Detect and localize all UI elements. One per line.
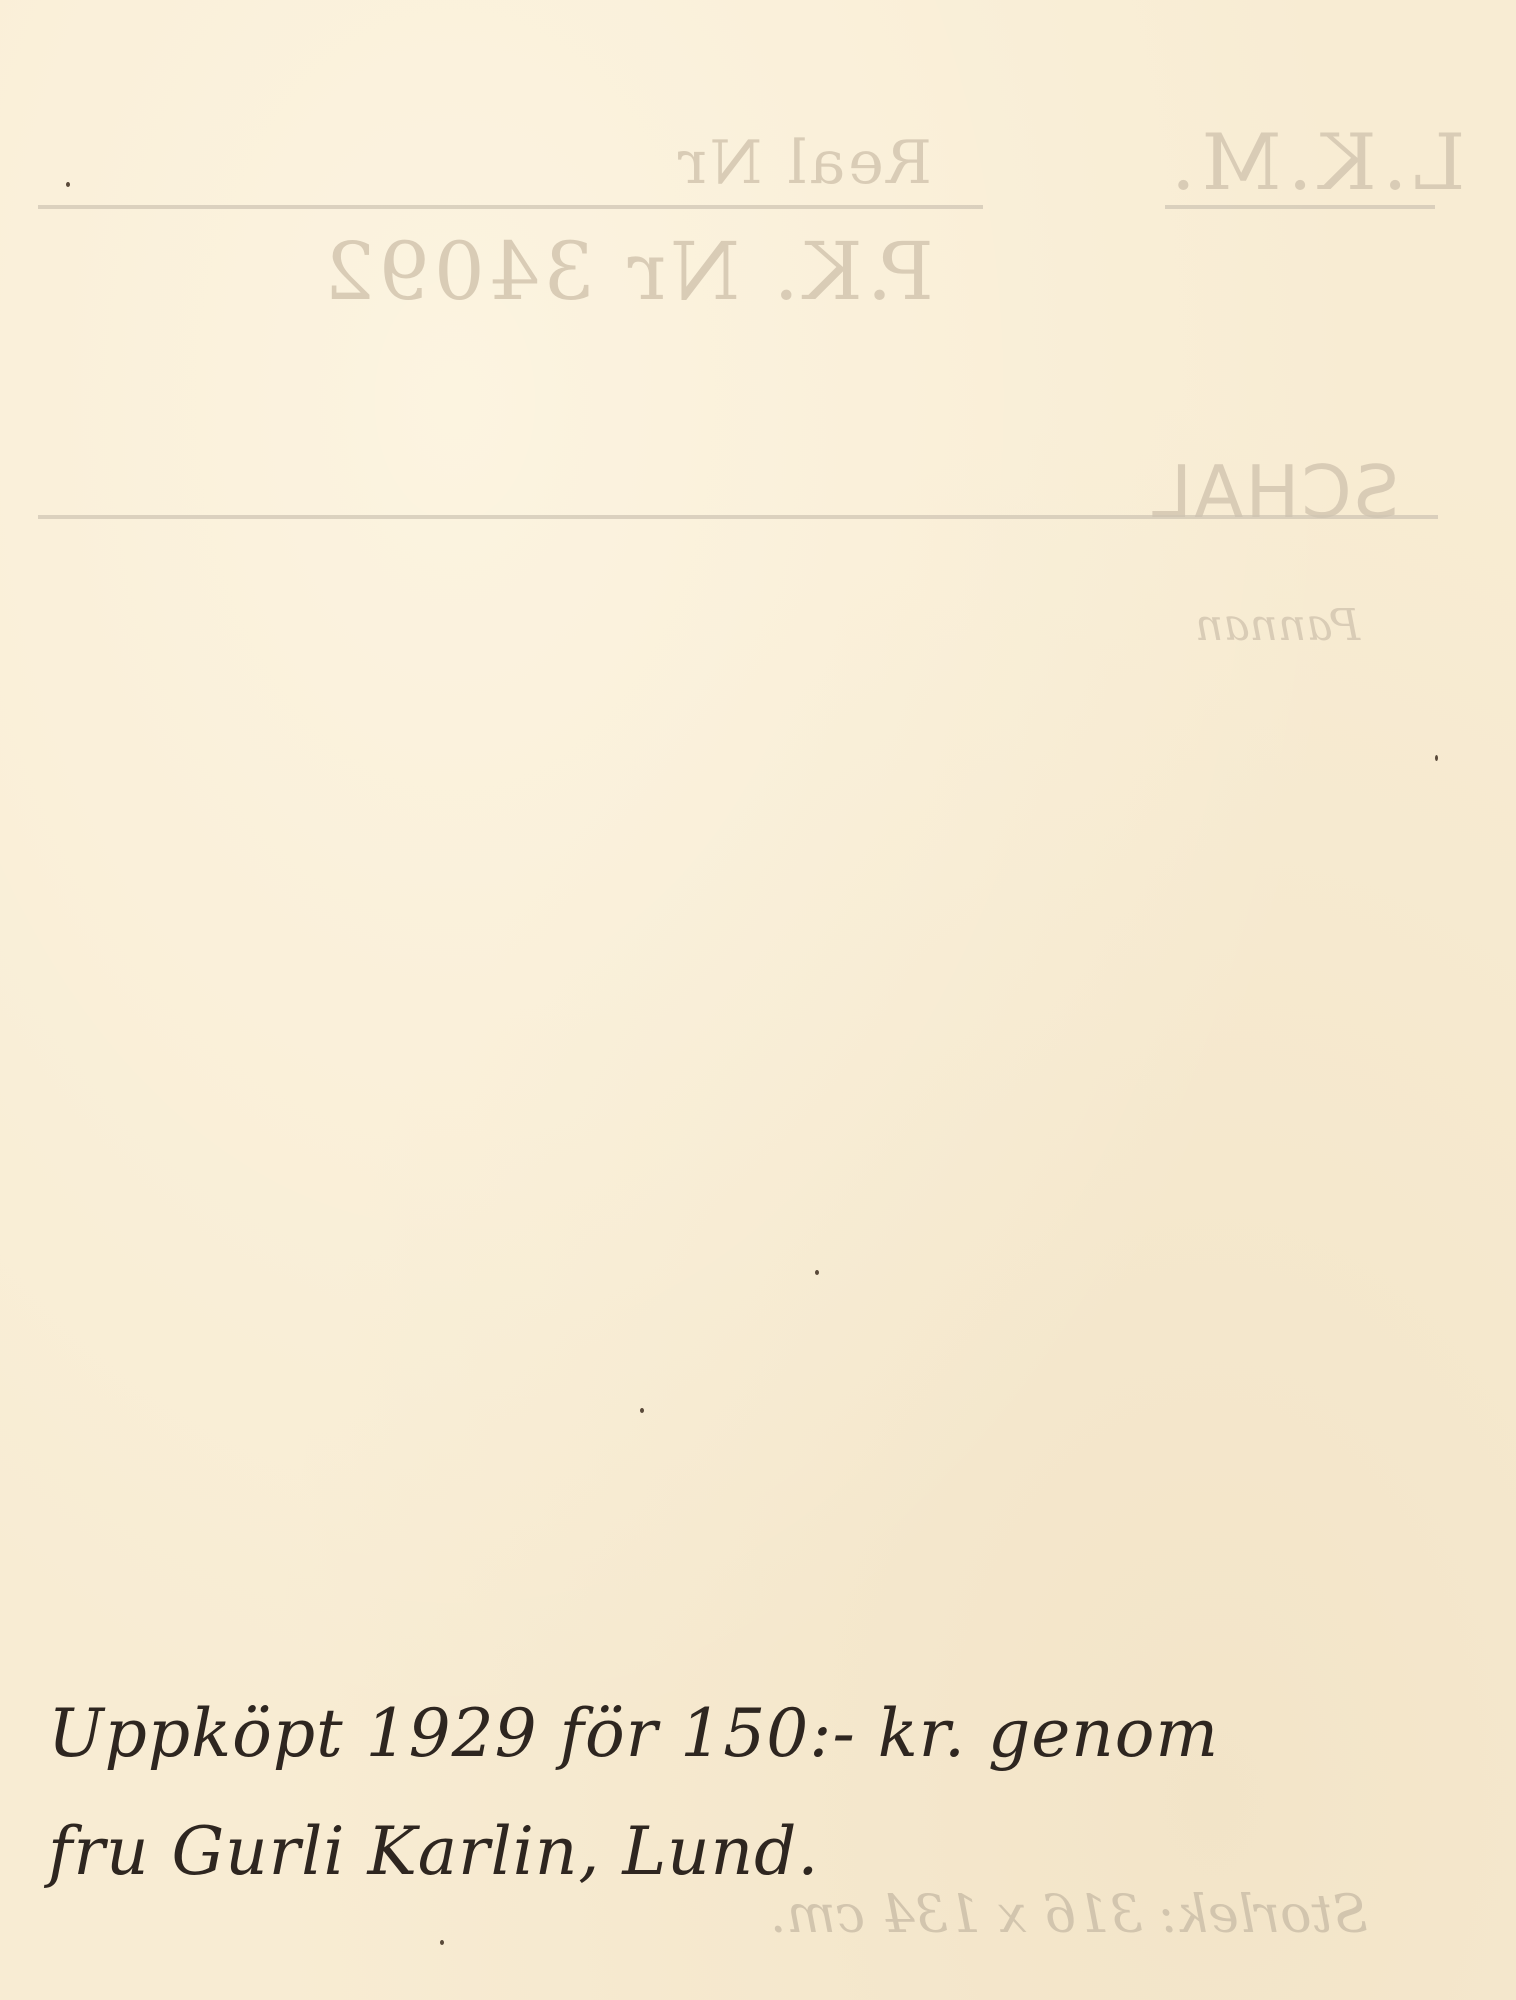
- paper-speck: [640, 1408, 644, 1413]
- bleed-through-header-lkm: L.K.M.: [1165, 118, 1465, 208]
- handwritten-acquisition-note: Uppköpt 1929 för 150:- kr. genom fru Gur…: [48, 1675, 1219, 1911]
- paper-speck: [440, 1940, 444, 1945]
- bleed-through-rule-top-right: [1165, 205, 1435, 209]
- bleed-through-real-nr: Real Nr: [675, 128, 932, 198]
- bleed-through-object-name: SCHAL: [1150, 450, 1399, 534]
- bleed-through-pk-number: P.K. Nr 34092: [320, 225, 934, 318]
- paper-speck: [815, 1270, 819, 1275]
- paper-speck: [1435, 755, 1438, 761]
- bleed-through-place: Pannan: [1195, 600, 1360, 651]
- note-line-1: Uppköpt 1929 för 150:- kr. genom: [48, 1675, 1219, 1793]
- bleed-through-rule-top-left: [38, 205, 983, 209]
- bleed-through-rule-middle: [38, 515, 1438, 519]
- paper-speck: [66, 182, 70, 187]
- note-line-2: fru Gurli Karlin, Lund.: [48, 1793, 1219, 1911]
